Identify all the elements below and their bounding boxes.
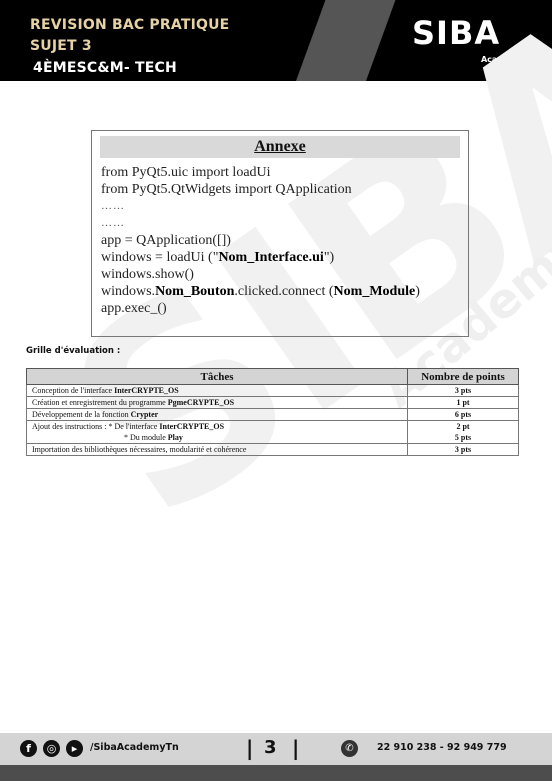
header-class: 4ÈMESC&M- TECH xyxy=(33,60,177,76)
footer-bar xyxy=(0,765,552,781)
code-line: app.exec_() xyxy=(101,300,459,317)
header-subject: SUJET 3 xyxy=(30,38,92,54)
points-cell: 6 pts xyxy=(408,409,519,421)
phone-icon: ✆ xyxy=(341,740,358,757)
divider: | xyxy=(292,736,299,760)
code-line: from PyQt5.uic import loadUi xyxy=(101,164,459,181)
task-cell: Création et enregistrement du programme … xyxy=(27,397,408,409)
grille-title: Grille d'évaluation : xyxy=(26,346,120,356)
task-cell: Importation des bibliothèques nécessaire… xyxy=(27,444,408,456)
code-line: …… xyxy=(101,198,459,215)
task-cell: Conception de l'interface InterCRYPTE_OS xyxy=(27,385,408,397)
header-taches: Tâches xyxy=(27,369,408,385)
table-row: Ajout des instructions : * De l'interfac… xyxy=(27,421,519,444)
points-cell: 3 pts xyxy=(408,385,519,397)
code-line: from PyQt5.QtWidgets import QApplication xyxy=(101,181,459,198)
points-cell: 3 pts xyxy=(408,444,519,456)
header-stripe xyxy=(293,0,398,81)
code-line: windows = loadUi ("Nom_Interface.ui") xyxy=(101,249,459,266)
social-handle[interactable]: /SibaAcademyTn xyxy=(90,742,179,753)
instagram-icon[interactable]: ◎ xyxy=(43,740,60,757)
phone-numbers: 22 910 238 - 92 949 779 xyxy=(377,742,507,753)
annexe-title-bar: Annexe xyxy=(100,136,460,158)
table-row: Création et enregistrement du programme … xyxy=(27,397,519,409)
code-line: app = QApplication([]) xyxy=(101,232,459,249)
task-cell: Ajout des instructions : * De l'interfac… xyxy=(27,421,408,444)
code-line: windows.Nom_Bouton.clicked.connect (Nom_… xyxy=(101,283,459,300)
table-row: Développement de la fonction Crypter6 pt… xyxy=(27,409,519,421)
annexe-box: Annexe from PyQt5.uic import loadUifrom … xyxy=(91,130,469,337)
annexe-title: Annexe xyxy=(254,138,306,155)
code-line: windows.show() xyxy=(101,266,459,283)
header-points: Nombre de points xyxy=(408,369,519,385)
youtube-icon[interactable]: ▸ xyxy=(66,740,83,757)
table-row: Conception de l'interface InterCRYPTE_OS… xyxy=(27,385,519,397)
evaluation-table: Tâches Nombre de points Conception de l'… xyxy=(26,368,519,456)
table-row: Importation des bibliothèques nécessaire… xyxy=(27,444,519,456)
code-line: …… xyxy=(101,215,459,232)
facebook-icon[interactable]: f xyxy=(20,740,37,757)
task-cell: Développement de la fonction Crypter xyxy=(27,409,408,421)
page-footer: f ◎ ▸ /SibaAcademyTn | 3 | ✆ 22 910 238 … xyxy=(0,733,552,765)
divider: | xyxy=(246,736,253,760)
page-number: 3 xyxy=(264,737,277,758)
points-cell: 1 pt xyxy=(408,397,519,409)
header-title: REVISION BAC PRATIQUE xyxy=(30,17,229,33)
points-cell: 2 pt5 pts xyxy=(408,421,519,444)
annexe-code: from PyQt5.uic import loadUifrom PyQt5.Q… xyxy=(92,158,468,323)
